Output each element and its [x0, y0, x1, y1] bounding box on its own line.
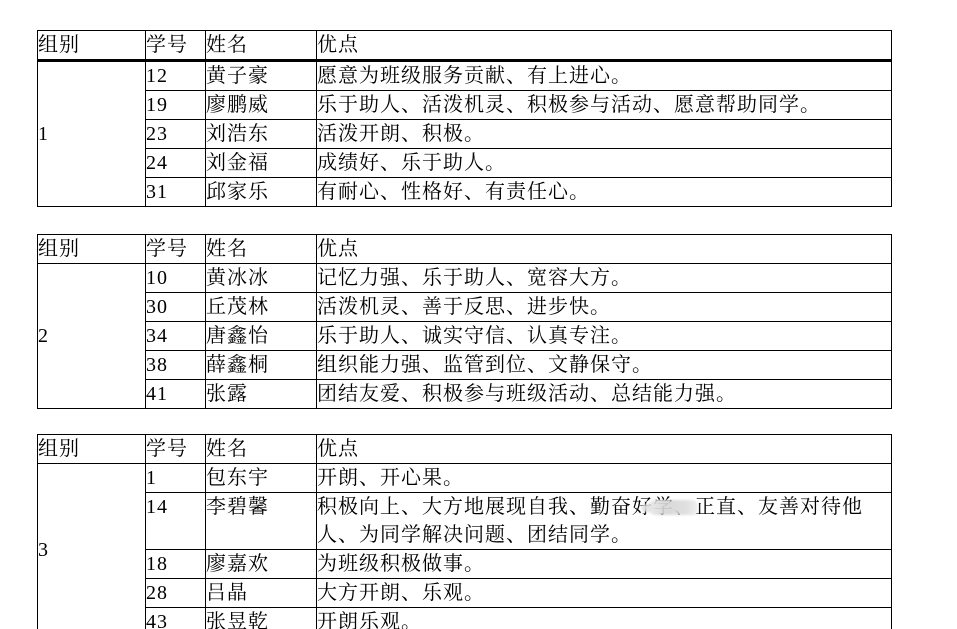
student-name-cell: 丘茂林	[206, 293, 317, 322]
student-id-cell: 28	[146, 579, 206, 608]
document-page: 组别 学号 姓名 优点 1 12 黄子豪 愿意为班级服务贡献、有上进心。 19 …	[0, 0, 957, 629]
merits-cell: 组织能力强、监管到位、文静保守。	[317, 351, 892, 380]
student-name-cell: 薛鑫桐	[206, 351, 317, 380]
student-id-cell: 41	[146, 380, 206, 409]
student-name-cell: 唐鑫怡	[206, 322, 317, 351]
table-row: 38 薛鑫桐 组织能力强、监管到位、文静保守。	[38, 351, 892, 380]
student-id-cell: 38	[146, 351, 206, 380]
table-row: 23 刘浩东 活泼开朗、积极。	[38, 120, 892, 149]
group-number-cell: 1	[38, 61, 146, 207]
scan-smudge-artifact	[648, 500, 698, 515]
merits-cell: 记忆力强、乐于助人、宽容大方。	[317, 264, 892, 293]
table-row: 30 丘茂林 活泼机灵、善于反思、进步快。	[38, 293, 892, 322]
table-row: 31 邱家乐 有耐心、性格好、有责任心。	[38, 178, 892, 207]
merits-cell: 乐于助人、活泼机灵、积极参与活动、愿意帮助同学。	[317, 91, 892, 120]
group-table-1: 组别 学号 姓名 优点 1 12 黄子豪 愿意为班级服务贡献、有上进心。 19 …	[37, 30, 892, 207]
header-row: 组别 学号 姓名 优点	[38, 31, 892, 61]
merits-header-cell: 优点	[317, 435, 892, 464]
student-id-cell: 19	[146, 91, 206, 120]
student-name-cell: 张昱乾	[206, 608, 317, 629]
student-id-cell: 30	[146, 293, 206, 322]
name-header-cell: 姓名	[206, 31, 317, 61]
table-row: 28 吕晶 大方开朗、乐观。	[38, 579, 892, 608]
group-header-cell: 组别	[38, 235, 146, 264]
student-id-cell: 23	[146, 120, 206, 149]
student-id-cell: 31	[146, 178, 206, 207]
merits-cell: 开朗乐观。	[317, 608, 892, 629]
merits-cell: 为班级积极做事。	[317, 550, 892, 579]
name-header-cell: 姓名	[206, 235, 317, 264]
merits-cell: 成绩好、乐于助人。	[317, 149, 892, 178]
student-id-cell: 10	[146, 264, 206, 293]
student-name-cell: 黄冰冰	[206, 264, 317, 293]
student-name-cell: 廖鹏威	[206, 91, 317, 120]
id-header-cell: 学号	[146, 31, 206, 61]
merits-cell: 大方开朗、乐观。	[317, 579, 892, 608]
group-table-3: 组别 学号 姓名 优点 3 1 包东宇 开朗、开心果。 14 李碧馨 积极向上、…	[37, 434, 892, 629]
student-id-cell: 24	[146, 149, 206, 178]
table-row: 34 唐鑫怡 乐于助人、诚实守信、认真专注。	[38, 322, 892, 351]
merits-cell: 有耐心、性格好、有责任心。	[317, 178, 892, 207]
table-row: 18 廖嘉欢 为班级积极做事。	[38, 550, 892, 579]
student-id-cell: 12	[146, 61, 206, 91]
table-row: 41 张露 团结友爱、积极参与班级活动、总结能力强。	[38, 380, 892, 409]
id-header-cell: 学号	[146, 235, 206, 264]
merits-cell: 积极向上、大方地展现自我、勤奋好学、正直、友善对待他人、为同学解决问题、团结同学…	[317, 493, 892, 550]
group-number-cell: 2	[38, 264, 146, 409]
merits-cell: 团结友爱、积极参与班级活动、总结能力强。	[317, 380, 892, 409]
merits-cell: 开朗、开心果。	[317, 464, 892, 493]
student-id-cell: 34	[146, 322, 206, 351]
header-row: 组别 学号 姓名 优点	[38, 235, 892, 264]
table-row: 19 廖鹏威 乐于助人、活泼机灵、积极参与活动、愿意帮助同学。	[38, 91, 892, 120]
name-header-cell: 姓名	[206, 435, 317, 464]
student-name-cell: 张露	[206, 380, 317, 409]
student-name-cell: 李碧馨	[206, 493, 317, 550]
merits-cell: 乐于助人、诚实守信、认真专注。	[317, 322, 892, 351]
student-id-cell: 1	[146, 464, 206, 493]
table-row: 2 10 黄冰冰 记忆力强、乐于助人、宽容大方。	[38, 264, 892, 293]
table-row: 24 刘金福 成绩好、乐于助人。	[38, 149, 892, 178]
merits-cell: 愿意为班级服务贡献、有上进心。	[317, 61, 892, 91]
table-row: 14 李碧馨 积极向上、大方地展现自我、勤奋好学、正直、友善对待他人、为同学解决…	[38, 493, 892, 550]
student-name-cell: 吕晶	[206, 579, 317, 608]
table-row: 3 1 包东宇 开朗、开心果。	[38, 464, 892, 493]
header-row: 组别 学号 姓名 优点	[38, 435, 892, 464]
table-row: 1 12 黄子豪 愿意为班级服务贡献、有上进心。	[38, 61, 892, 91]
student-id-cell: 18	[146, 550, 206, 579]
student-id-cell: 14	[146, 493, 206, 550]
student-id-cell: 43	[146, 608, 206, 629]
merits-header-cell: 优点	[317, 235, 892, 264]
merits-cell: 活泼机灵、善于反思、进步快。	[317, 293, 892, 322]
merits-header-cell: 优点	[317, 31, 892, 61]
student-name-cell: 包东宇	[206, 464, 317, 493]
id-header-cell: 学号	[146, 435, 206, 464]
student-name-cell: 刘金福	[206, 149, 317, 178]
student-name-cell: 邱家乐	[206, 178, 317, 207]
merits-cell: 活泼开朗、积极。	[317, 120, 892, 149]
group-table-2: 组别 学号 姓名 优点 2 10 黄冰冰 记忆力强、乐于助人、宽容大方。 30 …	[37, 234, 892, 409]
student-name-cell: 黄子豪	[206, 61, 317, 91]
student-name-cell: 廖嘉欢	[206, 550, 317, 579]
student-name-cell: 刘浩东	[206, 120, 317, 149]
group-header-cell: 组别	[38, 435, 146, 464]
group-header-cell: 组别	[38, 31, 146, 61]
group-number-cell: 3	[38, 464, 146, 629]
table-row: 43 张昱乾 开朗乐观。	[38, 608, 892, 629]
